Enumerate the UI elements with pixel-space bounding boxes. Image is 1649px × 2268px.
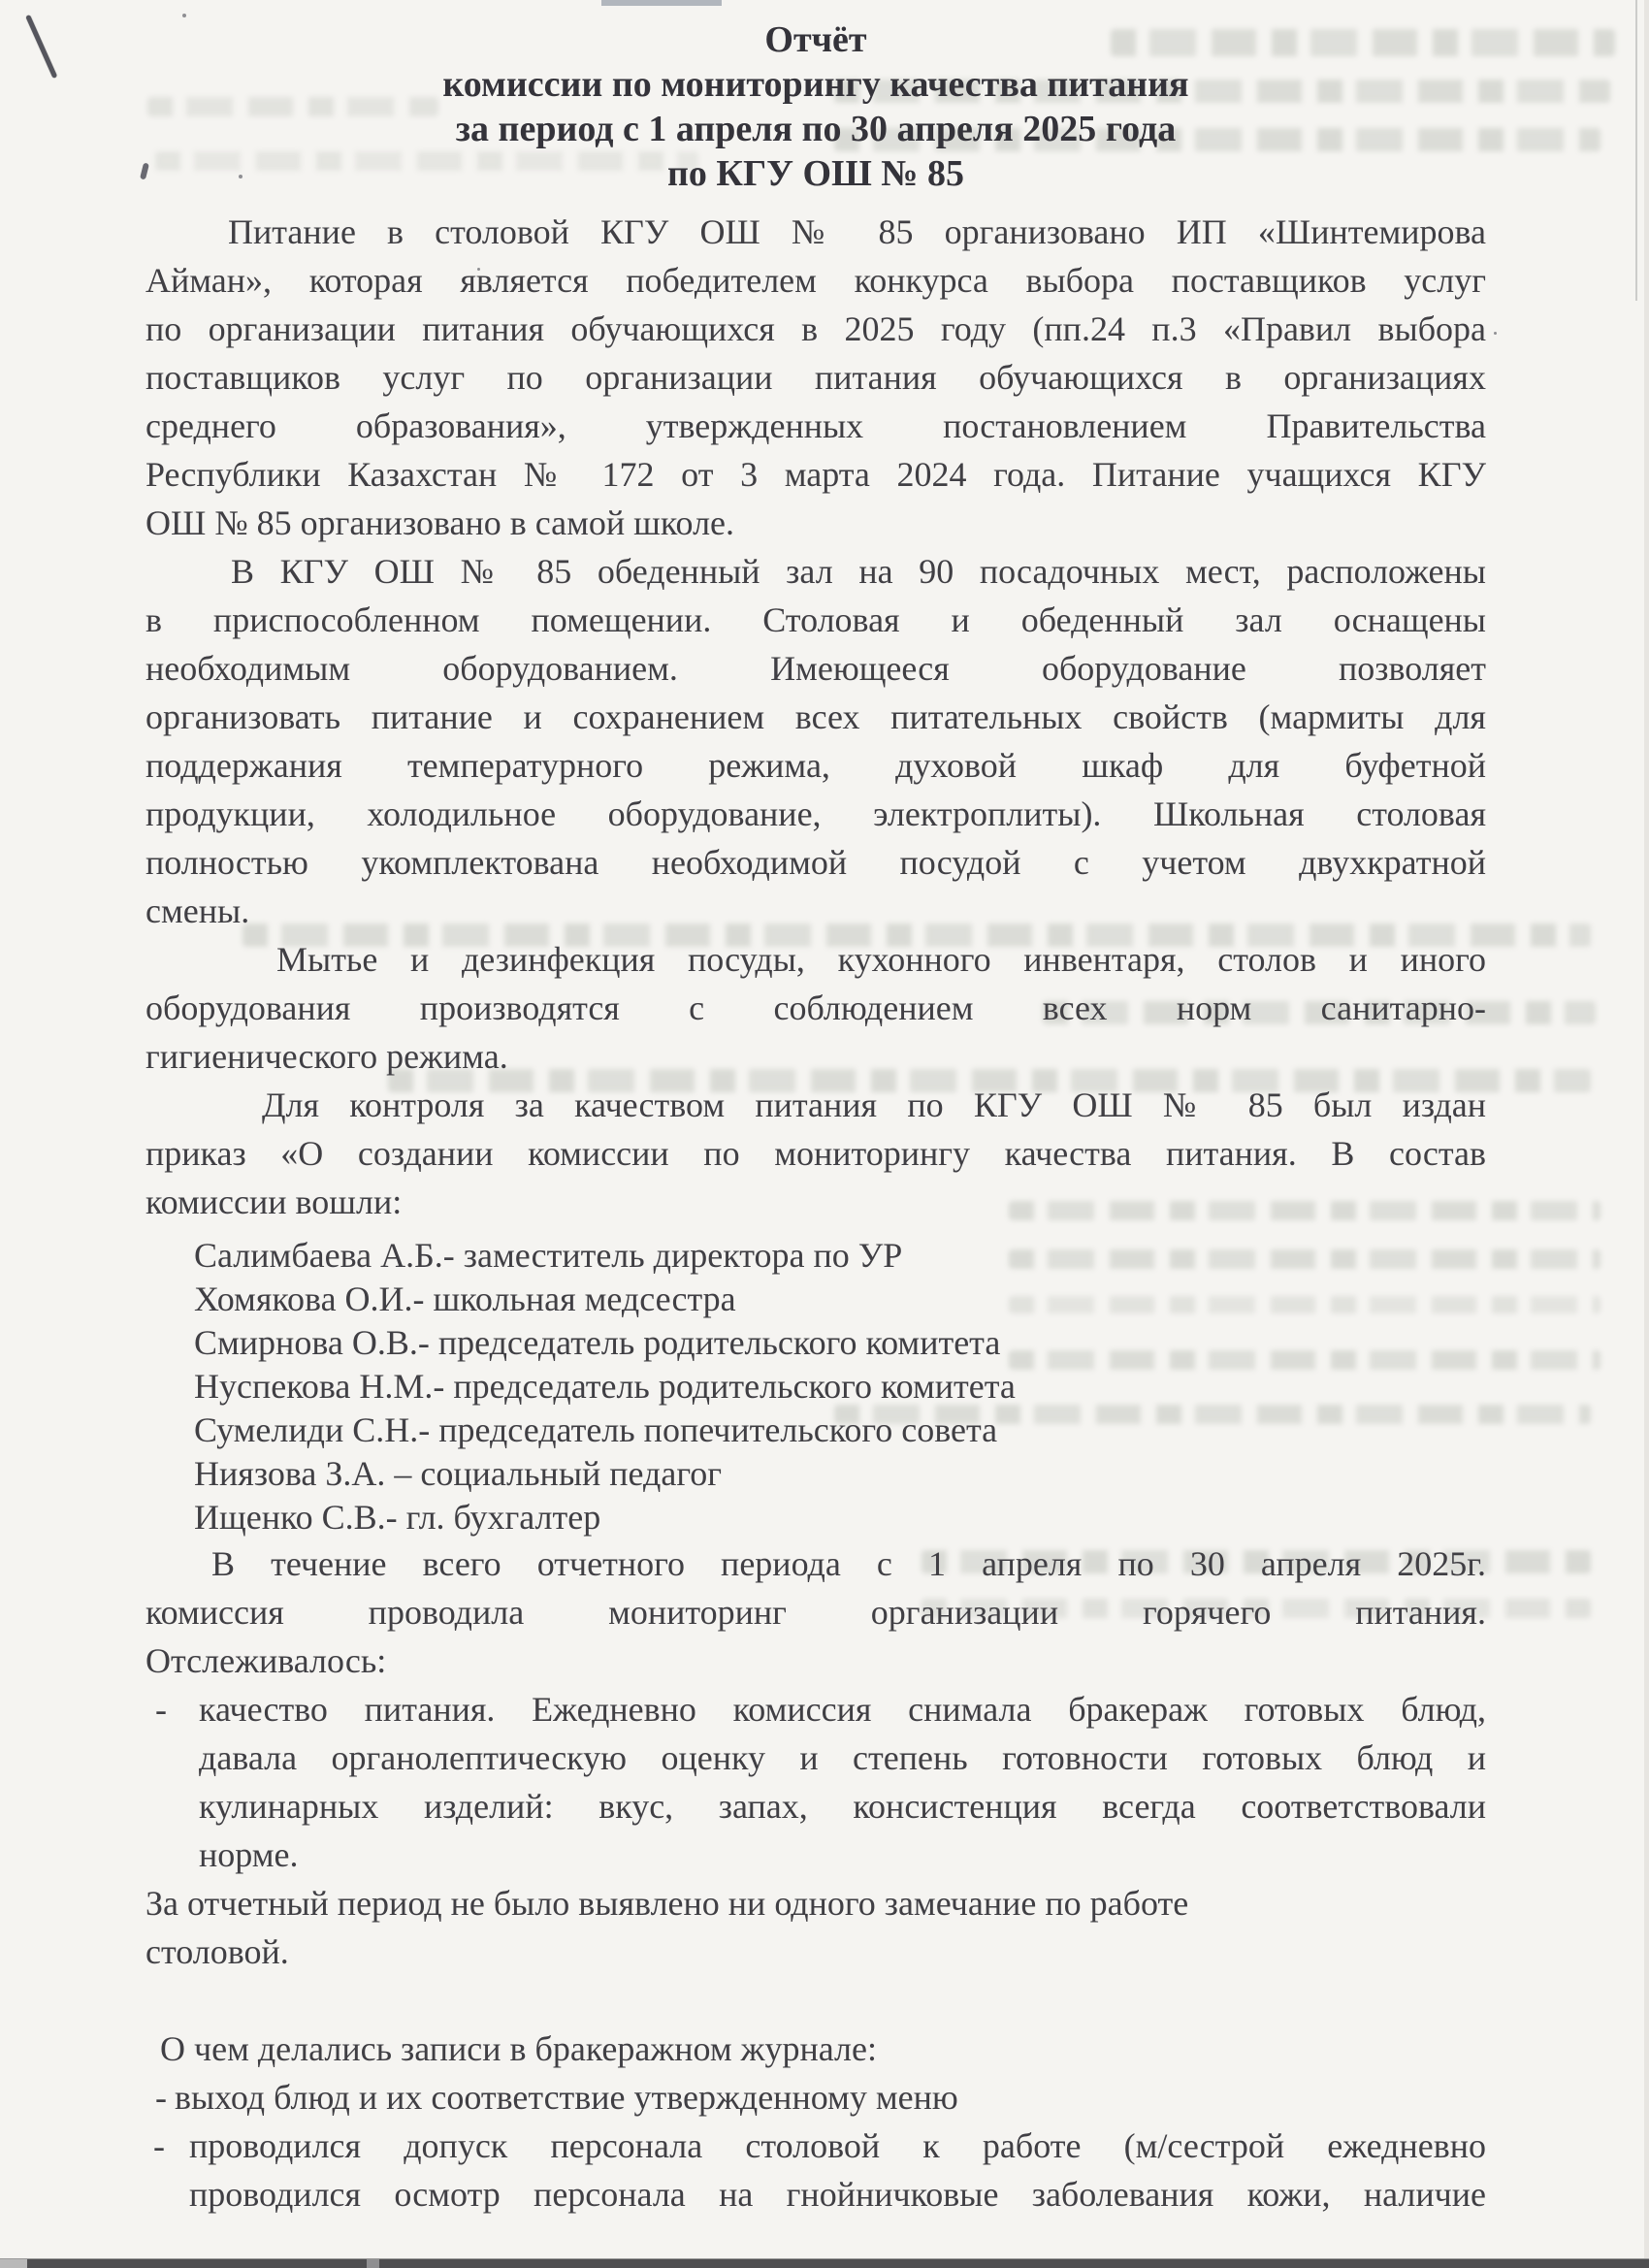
commission-members-list-line: Смирнова О.В.- председатель родительског… xyxy=(145,1321,1486,1365)
text-run: Питание в столовой КГУ ОШ № 85 организов… xyxy=(228,212,1486,251)
text-run: качество питания. Ежедневно комиссия сни… xyxy=(199,1690,1486,1729)
paragraph-dining-hall-line: в приспособленном помещении. Столовая и … xyxy=(145,596,1486,644)
text-run: Ниязова З.А. – социальный педагог xyxy=(194,1454,722,1493)
text-run: давала органолептическую оценку и степен… xyxy=(199,1738,1486,1777)
paragraph-dining-hall-line: продукции, холодильное оборудование, эле… xyxy=(145,790,1486,838)
list-item-food-quality-line: кулинарных изделий: вкус, запах, консист… xyxy=(145,1782,1486,1831)
text-run: О чем делались записи в бракеражном журн… xyxy=(160,2029,877,2068)
report-title-line: Отчёт xyxy=(145,17,1486,62)
scanned-document-page: Отчёткомиссии по мониторингу качества пи… xyxy=(0,0,1649,2268)
report-title-line: по КГУ ОШ № 85 xyxy=(145,151,1486,196)
text-run: норме. xyxy=(199,1835,298,1874)
paragraph-monitoring-period-line: комиссия проводила мониторинг организаци… xyxy=(145,1588,1486,1636)
report-title: Отчёткомиссии по мониторингу качества пи… xyxy=(145,17,1486,196)
text-run: по КГУ ОШ № 85 xyxy=(667,153,964,194)
scan-bottom-band xyxy=(0,2259,1649,2268)
paragraph-washing-disinfection-line: Мытье и дезинфекция посуды, кухонного ин… xyxy=(145,935,1486,984)
list-item-food-quality-line: норме. xyxy=(145,1831,1486,1879)
list-item-food-quality-line: -качество питания. Ежедневно комиссия сн… xyxy=(145,1685,1486,1733)
paragraph-washing-disinfection-line: гигиенического режима. xyxy=(145,1032,1486,1081)
text-run: Отчёт xyxy=(764,19,866,60)
text-run: За отчетный период не было выявлено ни о… xyxy=(145,1884,1188,1923)
text-run: Салимбаева А.Б.- заместитель директора п… xyxy=(194,1236,902,1275)
list-item-dash: - xyxy=(153,2122,165,2170)
text-run: по организации питания обучающихся в 202… xyxy=(145,309,1486,348)
journal-records-section-line: проводился осмотр персонала на гнойничко… xyxy=(145,2170,1486,2219)
paragraph-dining-hall-line: необходимым оборудованием. Имеющееся обо… xyxy=(145,644,1486,693)
paragraph-dining-hall-line: поддержания температурного режима, духов… xyxy=(145,741,1486,790)
list-item-food-quality-line: давала органолептическую оценку и степен… xyxy=(145,1733,1486,1782)
text-run: проводился осмотр персонала на гнойничко… xyxy=(189,2175,1486,2214)
scan-edge-strip xyxy=(601,0,722,6)
text-run: ОШ № 85 организовано в самой школе. xyxy=(145,503,734,542)
text-run: среднего образования», утвержденных пост… xyxy=(145,406,1486,445)
text-run: в приспособленном помещении. Столовая и … xyxy=(145,600,1486,639)
list-item-dash: - xyxy=(155,1685,167,1733)
paragraph-monitoring-period-line: В течение всего отчетного периода с 1 ап… xyxy=(145,1539,1486,1588)
paragraph-catering-provider-line: среднего образования», утвержденных пост… xyxy=(145,402,1486,450)
document-content: Отчёткомиссии по мониторингу качества пи… xyxy=(145,17,1486,2219)
journal-records-section-line: О чем делались записи в бракеражном журн… xyxy=(145,2025,1486,2073)
text-run: Ищенко С.В.- гл. бухгалтер xyxy=(194,1498,600,1537)
paragraph-no-remarks: За отчетный период не было выявлено ни о… xyxy=(145,1879,1486,1976)
paragraph-dining-hall-line: полностью укомплектована необходимой пос… xyxy=(145,838,1486,887)
text-run: проводился допуск персонала столовой к р… xyxy=(189,2126,1486,2165)
text-run: комиссии по мониторингу качества питания xyxy=(442,64,1188,105)
paragraph-catering-provider-line: Республики Казахстан № 172 от 3 марта 20… xyxy=(145,450,1486,499)
text-run: необходимым оборудованием. Имеющееся обо… xyxy=(145,649,1486,688)
paragraph-washing-disinfection-line: оборудования производятся с соблюдением … xyxy=(145,984,1486,1032)
report-title-line: комиссии по мониторингу качества питания xyxy=(145,62,1486,107)
paragraph-dining-hall-line: В КГУ ОШ № 85 обеденный зал на 90 посадо… xyxy=(145,547,1486,596)
paragraph-monitoring-period: В течение всего отчетного периода с 1 ап… xyxy=(145,1539,1486,1685)
text-run: Для контроля за качеством питания по КГУ… xyxy=(262,1085,1486,1124)
text-run: гигиенического режима. xyxy=(145,1037,508,1076)
text-run: приказ «О создании комиссии по мониторин… xyxy=(145,1134,1486,1173)
text-run: Отслеживалось: xyxy=(145,1641,386,1680)
paragraph-catering-provider-line: по организации питания обучающихся в 202… xyxy=(145,305,1486,353)
journal-records-section: О чем делались записи в бракеражном журн… xyxy=(145,2025,1486,2219)
paragraph-catering-provider: Питание в столовой КГУ ОШ № 85 организов… xyxy=(145,208,1486,547)
paragraph-monitoring-period-line: Отслеживалось: xyxy=(145,1636,1486,1685)
text-run: комиссия проводила мониторинг организаци… xyxy=(145,1593,1486,1632)
paragraph-catering-provider-line: поставщиков услуг по организации питания… xyxy=(145,353,1486,402)
text-run: Айман», которая является победителем кон… xyxy=(145,261,1486,300)
paragraph-commission-order-line: комиссии вошли: xyxy=(145,1178,1486,1226)
pen-stroke-mark xyxy=(25,15,57,79)
text-run: Смирнова О.В.- председатель родительског… xyxy=(194,1323,1000,1362)
paragraph-dining-hall-line: смены. xyxy=(145,887,1486,935)
commission-members-list-line: Ищенко С.В.- гл. бухгалтер xyxy=(145,1496,1486,1539)
paragraph-catering-provider-line: ОШ № 85 организовано в самой школе. xyxy=(145,499,1486,547)
text-run: за период с 1 апреля по 30 апреля 2025 г… xyxy=(456,109,1176,149)
text-run: продукции, холодильное оборудование, эле… xyxy=(145,794,1486,833)
list-item-food-quality: -качество питания. Ежедневно комиссия сн… xyxy=(145,1685,1486,1879)
commission-members-list: Салимбаева А.Б.- заместитель директора п… xyxy=(145,1234,1486,1539)
text-run: Хомякова О.И.- школьная медсестра xyxy=(194,1280,736,1318)
paragraph-washing-disinfection: Мытье и дезинфекция посуды, кухонного ин… xyxy=(145,935,1486,1081)
scan-speck xyxy=(1494,332,1497,335)
commission-members-list-line: Ниязова З.А. – социальный педагог xyxy=(145,1452,1486,1496)
paragraph-commission-order-line: приказ «О создании комиссии по мониторин… xyxy=(145,1129,1486,1178)
commission-members-list-line: Салимбаева А.Б.- заместитель директора п… xyxy=(145,1234,1486,1278)
paragraph-dining-hall-line: организовать питание и сохранением всех … xyxy=(145,693,1486,741)
paragraph-commission-order-line: Для контроля за качеством питания по КГУ… xyxy=(145,1081,1486,1129)
text-run: Мытье и дезинфекция посуды, кухонного ин… xyxy=(276,940,1486,979)
paragraph-dining-hall: В КГУ ОШ № 85 обеденный зал на 90 посадо… xyxy=(145,547,1486,935)
text-run: полностью укомплектована необходимой пос… xyxy=(145,843,1486,882)
text-run: Нуспекова Н.М.- председатель родительско… xyxy=(194,1367,1016,1406)
page-edge-shade xyxy=(1644,0,1649,2268)
paragraph-no-remarks-line: За отчетный период не было выявлено ни о… xyxy=(145,1879,1486,1928)
paragraph-catering-provider-line: Питание в столовой КГУ ОШ № 85 организов… xyxy=(145,208,1486,256)
text-run: столовой. xyxy=(145,1932,289,1971)
text-run: организовать питание и сохранением всех … xyxy=(145,697,1486,736)
commission-members-list-line: Нуспекова Н.М.- председатель родительско… xyxy=(145,1365,1486,1409)
scan-edge-line xyxy=(1635,0,1637,301)
paragraph-no-remarks-line: столовой. xyxy=(145,1928,1486,1976)
paragraph-commission-order: Для контроля за качеством питания по КГУ… xyxy=(145,1081,1486,1226)
text-run: поставщиков услуг по организации питания… xyxy=(145,358,1486,397)
text-run: Республики Казахстан № 172 от 3 марта 20… xyxy=(145,455,1486,494)
text-run: поддержания температурного режима, духов… xyxy=(145,746,1486,785)
text-run: кулинарных изделий: вкус, запах, консист… xyxy=(199,1787,1486,1826)
journal-records-section-line: -выход блюд и их соответствие утвержденн… xyxy=(145,2073,1486,2122)
text-run: Сумелиди С.Н.- председатель попечительск… xyxy=(194,1410,997,1449)
text-run: комиссии вошли: xyxy=(145,1183,402,1221)
paragraph-catering-provider-line: Айман», которая является победителем кон… xyxy=(145,256,1486,305)
report-title-line: за период с 1 апреля по 30 апреля 2025 г… xyxy=(145,107,1486,151)
text-run: смены. xyxy=(145,891,249,930)
text-run: выход блюд и их соответствие утвержденно… xyxy=(175,2078,958,2117)
list-item-dash: - xyxy=(155,2073,167,2122)
text-run: В течение всего отчетного периода с 1 ап… xyxy=(211,1544,1486,1583)
commission-members-list-line: Сумелиди С.Н.- председатель попечительск… xyxy=(145,1409,1486,1452)
text-run: В КГУ ОШ № 85 обеденный зал на 90 посадо… xyxy=(231,552,1486,591)
text-run: оборудования производятся с соблюдением … xyxy=(145,988,1486,1027)
commission-members-list-line: Хомякова О.И.- школьная медсестра xyxy=(145,1278,1486,1321)
journal-records-section-line: -проводился допуск персонала столовой к … xyxy=(145,2122,1486,2170)
